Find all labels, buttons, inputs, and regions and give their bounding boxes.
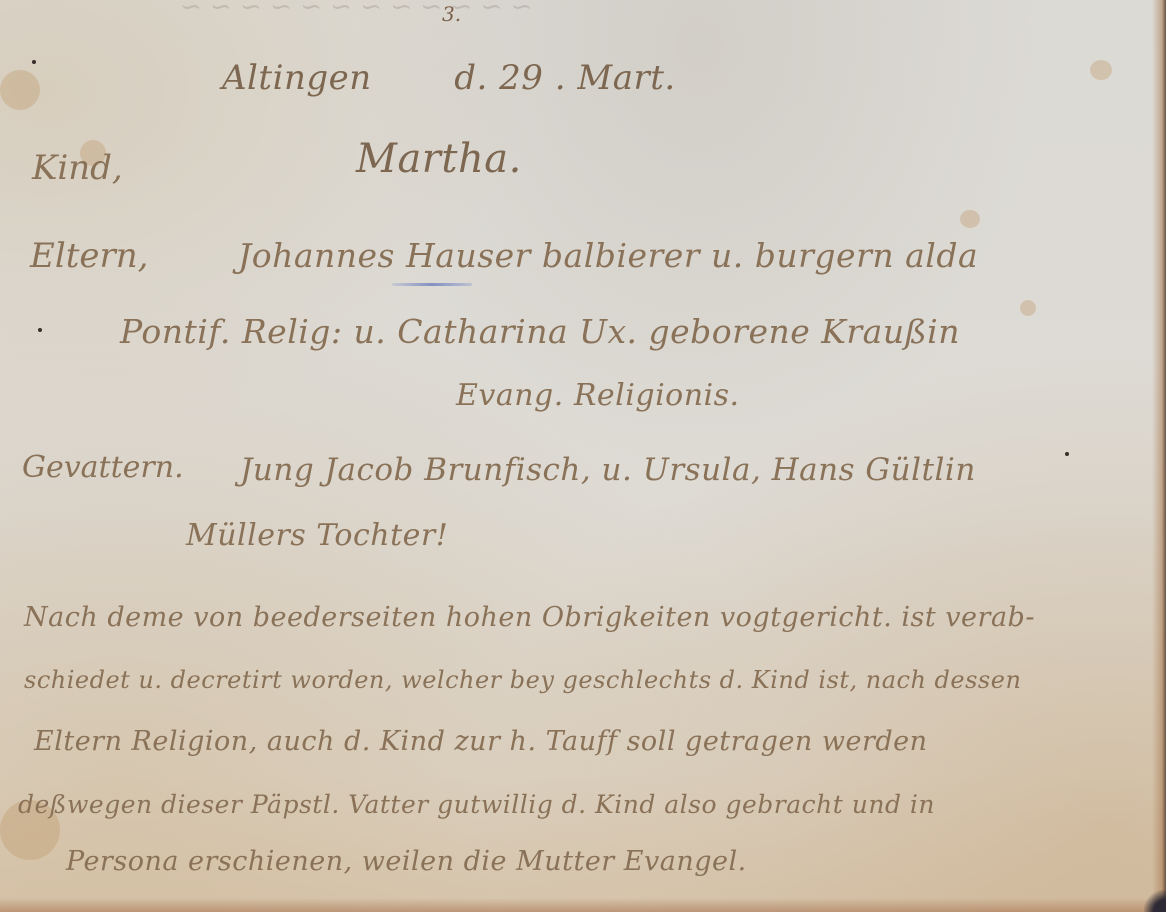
day-prefix: d. (454, 58, 488, 98)
header-line: Altingen d. 29 . Mart. (222, 58, 676, 98)
note-line-1: Nach deme von beederseiten hohen Obrigke… (24, 602, 1035, 633)
parents-line-1: Johannes Hauser balbierer u. burgern ald… (238, 236, 978, 275)
bleed-through-text: ~ ~ ~ ~ ~ ~ ~ ~ ~ ~ ~ ~ (180, 0, 880, 22)
note-line-5: Persona erschienen, weilen die Mutter Ev… (66, 846, 747, 877)
godparents-line-1: Jung Jacob Brunfisch, u. Ursula, Hans Gü… (240, 452, 976, 488)
godparents-line-2: Müllers Tochter! (186, 518, 448, 553)
month-name: Mart. (577, 58, 675, 98)
ink-dot (1065, 452, 1069, 456)
foxing-stain (1020, 300, 1036, 316)
child-name: Martha. (356, 136, 522, 182)
place-name: Altingen (222, 58, 372, 98)
ink-dot (32, 60, 36, 64)
foxing-stain (1090, 60, 1112, 80)
note-line-4: deßwegen dieser Päpstl. Vatter gutwillig… (18, 790, 935, 819)
parents-line-3: Evang. Religionis. (456, 378, 740, 413)
ink-dot (38, 328, 42, 332)
manuscript-page: ~ ~ ~ ~ ~ ~ ~ ~ ~ ~ ~ ~ 3. Altingen d. 2… (0, 0, 1166, 912)
page-corner-shadow (1144, 890, 1166, 912)
foxing-stain (0, 70, 40, 110)
parents-line-2: Pontif. Relig: u. Catharina Ux. geborene… (120, 312, 960, 351)
entry-label-godparents: Gevattern. (22, 450, 184, 485)
page-edge-bottom (0, 898, 1166, 912)
entry-label-parents: Eltern, (30, 236, 148, 276)
superscript-number: 3. (442, 2, 461, 26)
blue-pencil-mark (392, 283, 472, 286)
note-line-3: Eltern Religion, auch d. Kind zur h. Tau… (34, 726, 928, 757)
entry-label-child: Kind, (32, 148, 123, 188)
page-edge-right (1152, 0, 1166, 912)
foxing-stain (960, 210, 980, 228)
note-line-2: schiedet u. decretirt worden, welcher be… (24, 666, 1021, 694)
day-number: 29 (499, 58, 543, 98)
